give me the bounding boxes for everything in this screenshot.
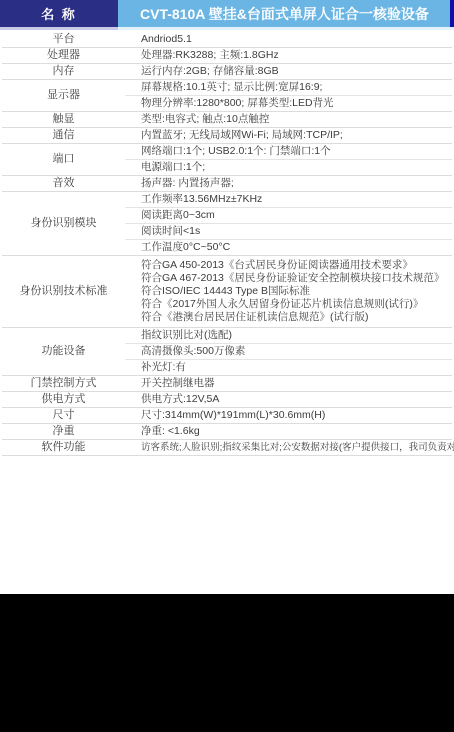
row-value-line: 阅读距离0~3cm	[125, 207, 452, 223]
table-row: 身份识别技术标准符合GA 450-2013《台式居民身份证阅读器通用技术要求》符…	[2, 256, 452, 328]
row-value-line: 内置蓝牙; 无线局域网Wi-Fi; 局域网:TCP/IP;	[125, 128, 452, 143]
row-label: 供电方式	[2, 392, 125, 407]
black-footer-band	[0, 594, 454, 732]
row-values: 净重: <1.6kg	[125, 424, 452, 439]
row-value-line: 补光灯:有	[125, 359, 452, 375]
header-underline-strip	[0, 27, 454, 30]
name-header-cell: 名 称	[0, 0, 118, 27]
header-edge-bar	[450, 0, 454, 27]
row-label: 音效	[2, 176, 125, 191]
product-title: CVT-810A 壁挂&台面式单屏人证合一核验设备	[118, 0, 450, 27]
row-label: 显示器	[2, 80, 125, 111]
row-value-line: 符合ISO/IEC 14443 Type B国际标准	[125, 285, 452, 298]
row-value-line: 工作频率13.56MHz±7KHz	[125, 192, 452, 207]
row-values: 指纹识别比对(选配)高清摄像头:500万像素补光灯:有	[125, 328, 452, 375]
row-value-line: 供电方式:12V,5A	[125, 392, 452, 407]
row-label: 通信	[2, 128, 125, 143]
row-value-line: 符合《港澳台居民居住证机读信息规范》(试行版)	[125, 311, 452, 324]
row-values: 尺寸:314mm(W)*191mm(L)*30.6mm(H)	[125, 408, 452, 423]
row-value-line: 符合《2017外国人永久居留身份证芯片机读信息规则(试行)》	[125, 298, 452, 311]
row-values: 访客系统;人脸识别;指纹采集比对;公安数据对接(客户提供接口，我司负责对接)	[125, 440, 452, 455]
row-value-line: 扬声器: 内置扬声器;	[125, 176, 452, 191]
row-values: 工作频率13.56MHz±7KHz阅读距离0~3cm阅读时间<1s工作温度0°C…	[125, 192, 452, 255]
row-values: 内置蓝牙; 无线局域网Wi-Fi; 局域网:TCP/IP;	[125, 128, 452, 143]
table-row: 通信内置蓝牙; 无线局域网Wi-Fi; 局域网:TCP/IP;	[2, 128, 452, 144]
spec-table: 平台Andriod5.1处理器处理器:RK3288; 主频:1.8GHz内存运行…	[2, 32, 452, 456]
row-value-line: 指纹识别比对(选配)	[125, 328, 452, 343]
row-value-line: 净重: <1.6kg	[125, 424, 452, 439]
table-row: 净重净重: <1.6kg	[2, 424, 452, 440]
table-row: 身份识别模块工作频率13.56MHz±7KHz阅读距离0~3cm阅读时间<1s工…	[2, 192, 452, 256]
row-value-line: 符合GA 467-2013《居民身份证验证安全控制模块接口技术规范》	[125, 272, 452, 285]
row-label: 软件功能	[2, 440, 125, 455]
table-row: 端口网络端口:1个; USB2.0:1个: 门禁端口:1个电源端口:1个;	[2, 144, 452, 176]
row-label: 内存	[2, 64, 125, 79]
table-row: 功能设备指纹识别比对(选配)高清摄像头:500万像素补光灯:有	[2, 328, 452, 376]
table-row: 显示器屏幕规格:10.1英寸; 显示比例:宽屏16:9;物理分辨率:1280*8…	[2, 80, 452, 112]
row-value-line: 处理器:RK3288; 主频:1.8GHz	[125, 48, 452, 63]
row-value-line: 运行内存:2GB; 存储容量:8GB	[125, 64, 452, 79]
row-value-line: 高清摄像头:500万像素	[125, 343, 452, 359]
row-label: 身份识别技术标准	[2, 256, 125, 327]
row-values: 扬声器: 内置扬声器;	[125, 176, 452, 191]
table-row: 门禁控制方式开关控制继电器	[2, 376, 452, 392]
table-row: 软件功能访客系统;人脸识别;指纹采集比对;公安数据对接(客户提供接口，我司负责对…	[2, 440, 452, 456]
row-label: 端口	[2, 144, 125, 175]
row-label: 处理器	[2, 48, 125, 63]
row-value-line: 尺寸:314mm(W)*191mm(L)*30.6mm(H)	[125, 408, 452, 423]
row-value-line: 工作温度0°C~50°C	[125, 239, 452, 255]
row-values: 网络端口:1个; USB2.0:1个: 门禁端口:1个电源端口:1个;	[125, 144, 452, 175]
row-value-line: 符合GA 450-2013《台式居民身份证阅读器通用技术要求》	[125, 259, 452, 272]
row-label: 门禁控制方式	[2, 376, 125, 391]
table-row: 处理器处理器:RK3288; 主频:1.8GHz	[2, 48, 452, 64]
row-values: Andriod5.1	[125, 32, 452, 47]
table-row: 音效扬声器: 内置扬声器;	[2, 176, 452, 192]
table-header: 名 称 CVT-810A 壁挂&台面式单屏人证合一核验设备	[0, 0, 454, 27]
row-value-line: 类型:电容式; 触点:10点触控	[125, 112, 452, 127]
row-value-line: 屏幕规格:10.1英寸; 显示比例:宽屏16:9;	[125, 80, 452, 95]
row-values: 运行内存:2GB; 存储容量:8GB	[125, 64, 452, 79]
header-strip-left	[0, 27, 118, 30]
header-strip-right	[118, 27, 454, 30]
table-row: 平台Andriod5.1	[2, 32, 452, 48]
row-values: 开关控制继电器	[125, 376, 452, 391]
row-values: 处理器:RK3288; 主频:1.8GHz	[125, 48, 452, 63]
row-value-line: Andriod5.1	[125, 32, 452, 47]
row-values: 供电方式:12V,5A	[125, 392, 452, 407]
spec-sheet-page: 名 称 CVT-810A 壁挂&台面式单屏人证合一核验设备 平台Andriod5…	[0, 0, 454, 732]
table-row: 内存运行内存:2GB; 存储容量:8GB	[2, 64, 452, 80]
row-label: 触显	[2, 112, 125, 127]
row-value-line: 访客系统;人脸识别;指纹采集比对;公安数据对接(客户提供接口，我司负责对接)	[125, 440, 452, 455]
row-label: 尺寸	[2, 408, 125, 423]
row-label: 平台	[2, 32, 125, 47]
row-values: 类型:电容式; 触点:10点触控	[125, 112, 452, 127]
table-row: 触显类型:电容式; 触点:10点触控	[2, 112, 452, 128]
row-values: 屏幕规格:10.1英寸; 显示比例:宽屏16:9;物理分辨率:1280*800;…	[125, 80, 452, 111]
row-value-line: 开关控制继电器	[125, 376, 452, 391]
row-value-line: 电源端口:1个;	[125, 159, 452, 175]
row-values: 符合GA 450-2013《台式居民身份证阅读器通用技术要求》符合GA 467-…	[125, 256, 452, 327]
row-value-line: 网络端口:1个; USB2.0:1个: 门禁端口:1个	[125, 144, 452, 159]
table-row: 尺寸尺寸:314mm(W)*191mm(L)*30.6mm(H)	[2, 408, 452, 424]
row-value-line: 物理分辨率:1280*800; 屏幕类型:LED背光	[125, 95, 452, 111]
row-label: 功能设备	[2, 328, 125, 375]
row-label: 净重	[2, 424, 125, 439]
table-row: 供电方式供电方式:12V,5A	[2, 392, 452, 408]
row-value-line: 阅读时间<1s	[125, 223, 452, 239]
row-label: 身份识别模块	[2, 192, 125, 255]
